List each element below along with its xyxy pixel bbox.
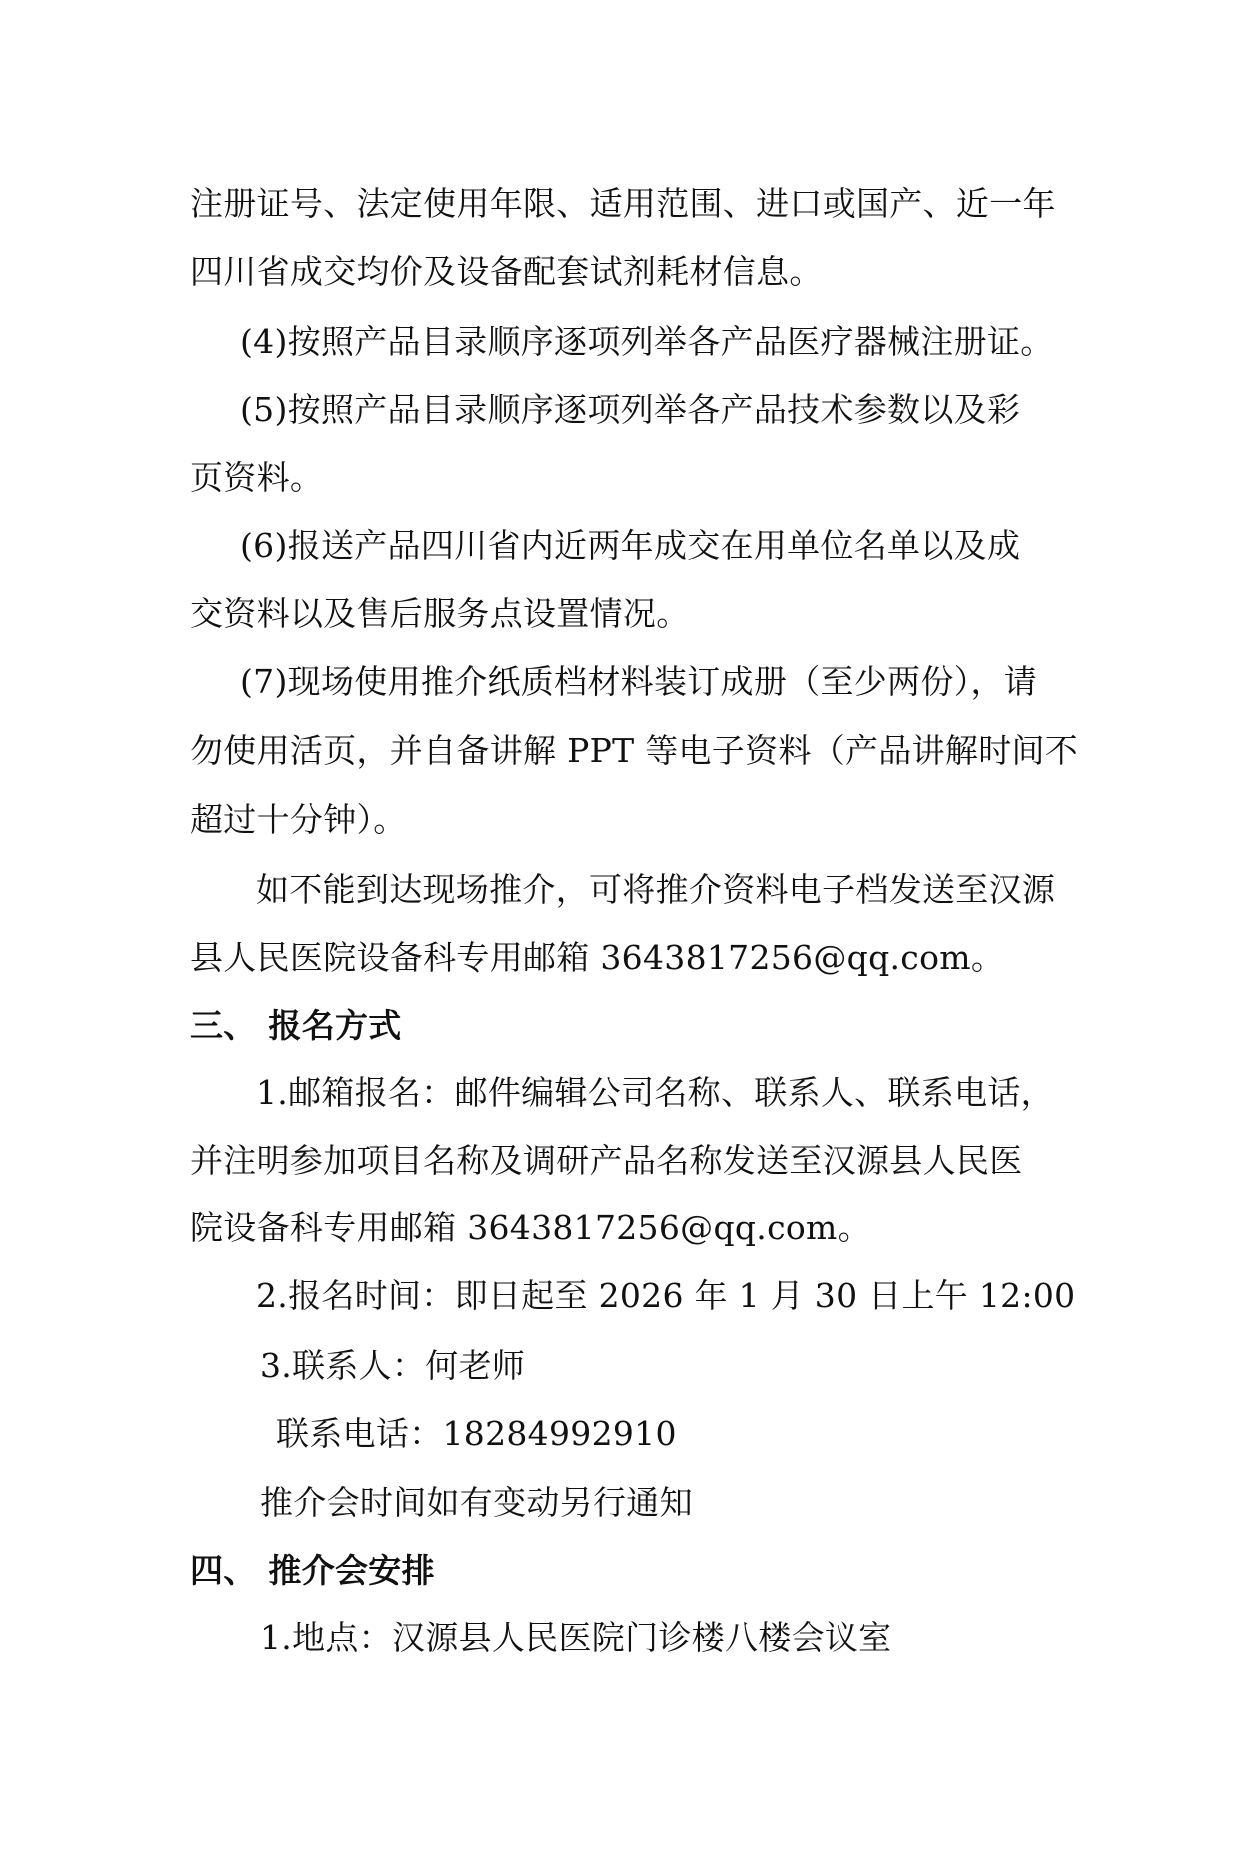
paragraph-line: 并注明参加项目名称及调研产品名称发送至汉源县人民医	[190, 1141, 1080, 1181]
paragraph-line: 3.联系人：何老师	[260, 1346, 1150, 1386]
paragraph-line: 四川省成交均价及设备配套试剂耗材信息。	[190, 252, 1080, 292]
paragraph-line: 注册证号、法定使用年限、适用范围、进口或国产、近一年	[190, 184, 1080, 224]
section-heading: 三、 报名方式	[190, 1006, 1080, 1046]
section-heading: 四、 推介会安排	[190, 1551, 1080, 1591]
paragraph-line: 超过十分钟）。	[190, 800, 1080, 840]
paragraph-line: 交资料以及售后服务点设置情况。	[190, 594, 1080, 634]
document-page: 注册证号、法定使用年限、适用范围、进口或国产、近一年四川省成交均价及设备配套试剂…	[0, 0, 1260, 1850]
paragraph-line: 页资料。	[190, 458, 1080, 498]
paragraph-line: 推介会时间如有变动另行通知	[260, 1483, 1150, 1523]
paragraph-line: 2.报名时间：即日起至 2026 年 1 月 30 日上午 12:00	[256, 1276, 1146, 1316]
paragraph-line: 院设备科专用邮箱 3643817256@qq.com。	[190, 1208, 1080, 1248]
paragraph-line: 1.邮箱报名：邮件编辑公司名称、联系人、联系电话，	[256, 1073, 1146, 1113]
paragraph-line: 勿使用活页，并自备讲解 PPT 等电子资料（产品讲解时间不	[190, 731, 1080, 771]
list-item-line: (4)按照产品目录顺序逐项列举各产品医疗器械注册证。	[240, 322, 1130, 362]
paragraph-line: 县人民医院设备科专用邮箱 3643817256@qq.com。	[190, 938, 1080, 978]
list-item-line: (7)现场使用推介纸质档材料装订成册（至少两份），请	[240, 662, 1130, 702]
list-item-line: (6)报送产品四川省内近两年成交在用单位名单以及成	[240, 526, 1130, 566]
paragraph-line: 1.地点：汉源县人民医院门诊楼八楼会议室	[260, 1618, 1150, 1658]
list-item-line: (5)按照产品目录顺序逐项列举各产品技术参数以及彩	[240, 390, 1130, 430]
paragraph-line: 联系电话：18284992910	[276, 1414, 1166, 1454]
paragraph-line: 如不能到达现场推介，可将推介资料电子档发送至汉源	[256, 870, 1146, 910]
